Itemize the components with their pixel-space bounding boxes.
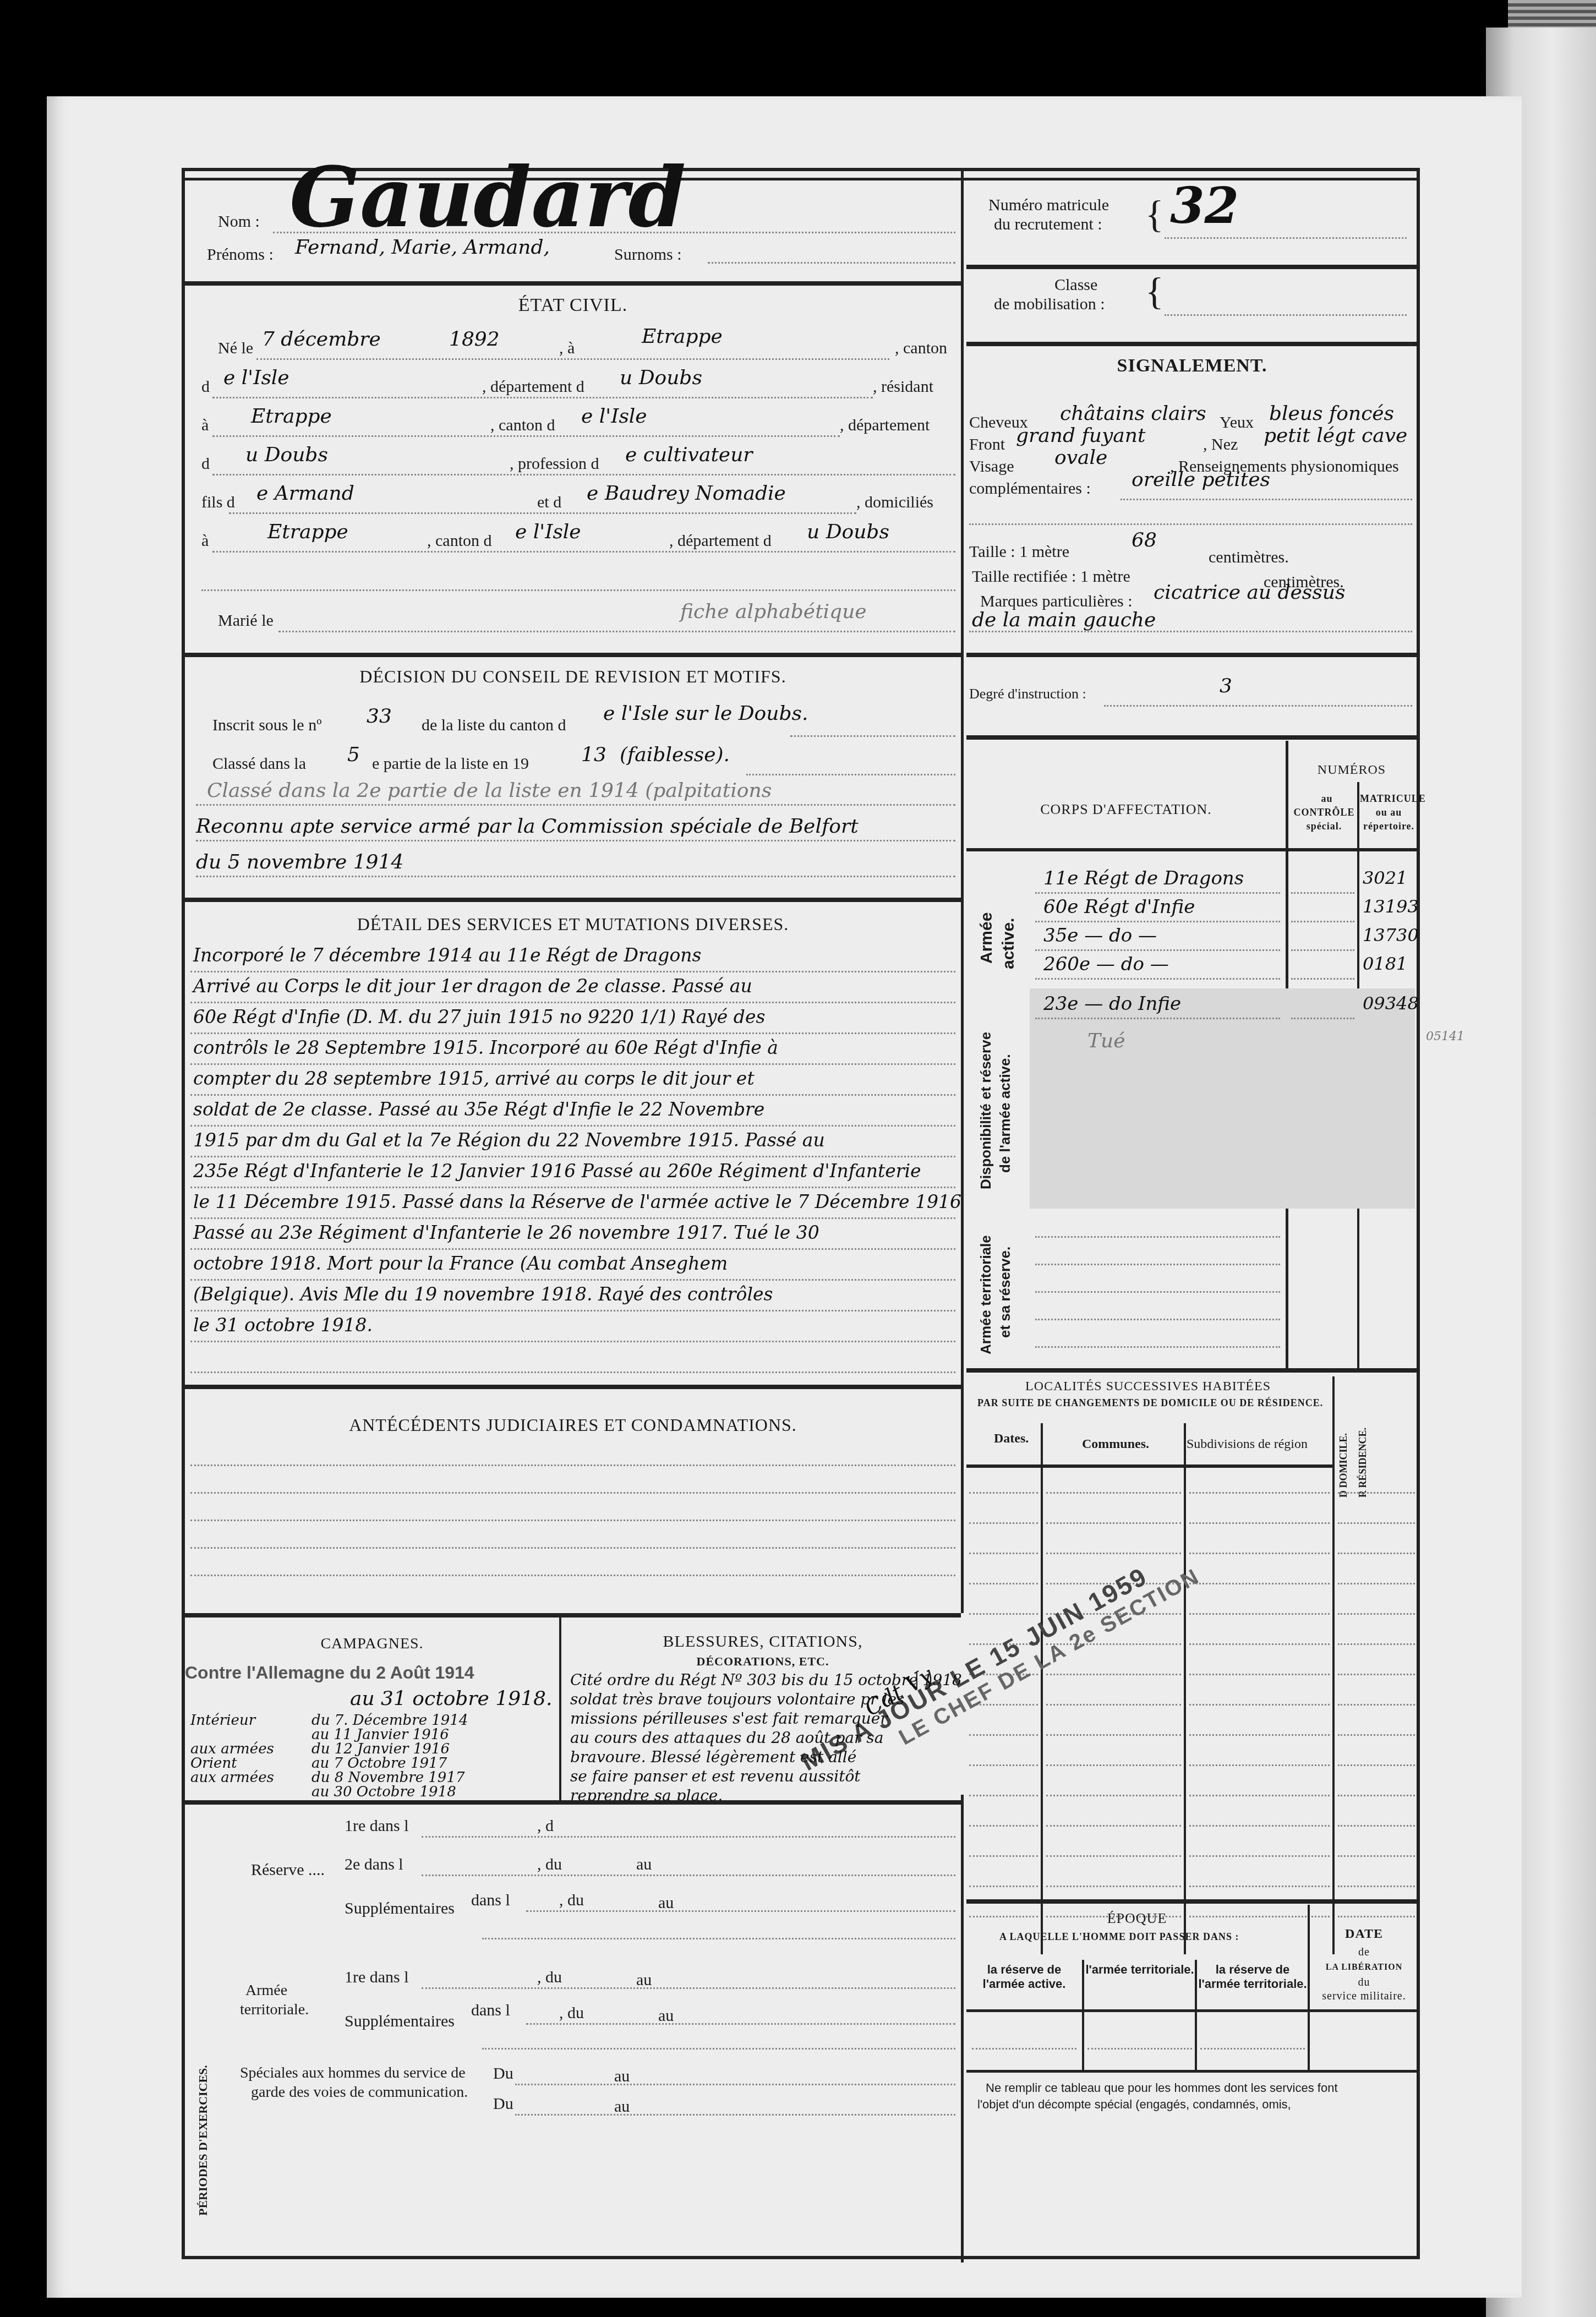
conseil-title: DÉCISION DU CONSEIL DE REVISION ET MOTIF… <box>185 666 961 687</box>
localite-row <box>969 1855 1038 1857</box>
territoriale-premiere: 1re dans l <box>345 1968 409 1987</box>
service-dots <box>190 1094 955 1096</box>
territoriale-premiere-du: , du <box>537 1968 562 1987</box>
residence-a: Etrappe <box>251 405 332 428</box>
localite-row <box>1046 1674 1181 1675</box>
residence-canton: e l'Isle <box>581 405 647 428</box>
localite-row <box>1189 1522 1330 1524</box>
corps-row-name: 35e — do — <box>1043 925 1157 947</box>
centimetres-label: centimètres. <box>1209 548 1289 567</box>
localite-row <box>1189 1553 1330 1554</box>
marie-label: Marié le <box>218 611 274 630</box>
inscrit-value: 33 <box>367 705 392 728</box>
nom-label: Nom : <box>218 212 260 231</box>
conseil-line-1: Classé dans la 2e partie de la liste en … <box>207 779 772 802</box>
localite-row <box>1046 1734 1181 1736</box>
row-dots <box>1291 892 1354 894</box>
localite-row <box>1189 1583 1330 1584</box>
corps-row-matricule: 09348 <box>1363 993 1419 1014</box>
classe-partie: 5 <box>347 744 360 766</box>
classe-label-1: Classe <box>1054 276 1097 294</box>
service-line: 60e Régt d'Infie (D. M. du 27 juin 1915 … <box>193 1006 765 1028</box>
lieu-naissance: Etrappe <box>642 325 723 348</box>
yeux-label: Yeux <box>1220 413 1254 432</box>
conseil-canton-value: e l'Isle sur le Doubs. <box>603 702 808 725</box>
localite-row <box>969 1886 1038 1887</box>
localite-row <box>1338 1613 1415 1615</box>
reserve-deuxieme: 2e dans l <box>345 1855 403 1874</box>
localite-row <box>1046 1704 1181 1706</box>
localite-row <box>1189 1795 1330 1796</box>
service-line: Passé au 23e Régiment d'Infanterie le 26… <box>193 1222 819 1243</box>
reserve-label: Réserve .... <box>251 1861 325 1879</box>
service-dots <box>190 1371 955 1373</box>
speciales-label-1: Spéciales aux hommes du service de <box>240 2064 466 2082</box>
localite-row <box>969 1795 1038 1796</box>
localite-row <box>1338 1886 1415 1887</box>
military-record-form: Gaudard Nom : Prénoms : Fernand, Marie, … <box>182 168 1420 2259</box>
matricule-h1: MATRICULE <box>1360 793 1418 805</box>
col-communes: Communes. <box>1082 1437 1149 1452</box>
service-line: compter du 28 septembre 1915, arrivé au … <box>193 1068 755 1089</box>
prenoms-label: Prénoms : <box>207 245 274 264</box>
front-value: grand fuyant <box>1016 424 1145 447</box>
d-label: d <box>201 378 210 396</box>
col-residence: R RÉSIDENCE. <box>1357 1428 1369 1498</box>
corps-row-name: 60e Régt d'Infie <box>1043 896 1195 918</box>
departement-value: u Doubs <box>620 367 702 389</box>
reserve-premiere: 1re dans l <box>345 1817 409 1835</box>
territoriale-label-1: Armée territoriale <box>977 1235 994 1354</box>
canton-value: e l'Isle <box>223 367 289 389</box>
visage-label: Visage <box>969 457 1014 476</box>
localite-row <box>1046 1522 1181 1524</box>
localite-row <box>1338 1916 1415 1917</box>
complementaires-label: complémentaires : <box>969 479 1091 498</box>
corps-row-matricule: 13193 <box>1363 896 1419 917</box>
disponibilite-label-1: Disponibilité et réserve <box>977 1032 994 1189</box>
services-title: DÉTAIL DES SERVICES ET MUTATIONS DIVERSE… <box>185 914 961 935</box>
fils-label: fils d <box>201 493 235 512</box>
service-dots <box>190 1310 955 1311</box>
localite-row <box>969 1492 1038 1494</box>
epoque-subtitle: A LAQUELLE L'HOMME DOIT PASSER DANS : <box>999 1931 1239 1943</box>
corps-row-matricule: 0181 <box>1363 953 1407 974</box>
reserve-deuxieme-au: au <box>636 1855 652 1874</box>
date-sub-2: LA LIBÉRATION <box>1310 1963 1418 1972</box>
localite-row <box>1046 1855 1181 1857</box>
matricule-h2: ou au <box>1360 807 1418 818</box>
localite-row <box>1046 1795 1181 1796</box>
blessure-line: missions périlleuses s'est fait remarque… <box>570 1709 888 1728</box>
taille-value: 68 <box>1132 529 1157 551</box>
annee-naissance: 1892 <box>449 328 500 351</box>
localites-subtitle: PAR SUITE DE CHANGEMENTS DE DOMICILE OU … <box>977 1397 1323 1409</box>
service-line: le 31 octobre 1918. <box>193 1314 373 1336</box>
departement-suffix: , département <box>840 416 930 435</box>
controle-h2: CONTRÔLE <box>1291 807 1357 818</box>
canton-d-label-2: , canton d <box>427 532 491 550</box>
campagnes-line-1: Contre l'Allemagne du 2 Août 1914 <box>185 1663 474 1683</box>
service-line: (Belgique). Avis Mle du 19 novembre 1918… <box>193 1283 773 1305</box>
col-subdivisions: Subdivisions de région <box>1187 1437 1308 1452</box>
conseil-line-3: du 5 novembre 1914 <box>196 851 403 873</box>
localite-row <box>1189 1886 1330 1887</box>
epoque-title: ÉPOQUE <box>966 1910 1308 1927</box>
localite-row <box>1338 1492 1415 1494</box>
localite-row <box>1338 1825 1415 1827</box>
pere-value: e Armand <box>256 482 354 505</box>
localite-row <box>969 1553 1038 1554</box>
etat-civil-title: ÉTAT CIVIL. <box>185 295 961 316</box>
degre-value: 3 <box>1220 675 1232 697</box>
speciales-du-2: Du <box>493 2095 513 2113</box>
localite-row <box>1338 1522 1415 1524</box>
service-dots <box>190 1002 955 1003</box>
epoque-col-header: la réserve de l'armée active. <box>969 1963 1079 1991</box>
localite-row <box>1338 1553 1415 1554</box>
localites-title: LOCALITÉS SUCCESSIVES HABITÉES <box>966 1379 1330 1394</box>
blessure-line: soldat très brave toujours volontaire pr… <box>570 1690 904 1708</box>
row-dots <box>1035 978 1280 980</box>
column-divider-bottom <box>961 1795 964 2263</box>
blessure-line: au cours des attaques du 28 août par sa <box>570 1729 883 1747</box>
service-dots <box>190 1156 955 1157</box>
epoque-note-2: l'objet d'un décompte spécial (engagés, … <box>977 2097 1291 2112</box>
service-dots <box>190 1032 955 1034</box>
ne-le-label: Né le <box>218 339 253 358</box>
parents-canton: e l'Isle <box>515 521 581 543</box>
territoriale-supp-au: au <box>658 2007 674 2025</box>
territoriale-supplementaires: Supplémentaires <box>345 2012 455 2031</box>
epoque-note-1: Ne remplir ce tableau que pour les homme… <box>986 2081 1338 2095</box>
matricule-h3: répertoire. <box>1360 821 1418 832</box>
row-dots <box>1035 1018 1280 1019</box>
inscrit-label: Inscrit sous le nº <box>212 716 321 735</box>
localite-row <box>969 1583 1038 1584</box>
campagne-period: au 30 Octobre 1918 <box>311 1784 456 1800</box>
row-dots <box>1291 921 1354 922</box>
matricule-label-2: du recrutement : <box>994 215 1102 234</box>
ne-le-value: 7 décembre <box>262 328 381 351</box>
territoriale-premiere-au: au <box>636 1971 652 1990</box>
blessure-line: Cité ordre du Régt Nº 303 bis du 15 octo… <box>570 1671 962 1689</box>
marie-value: fiche alphabétique <box>680 600 867 623</box>
col-domicile: D DOMICILE. <box>1338 1433 1349 1498</box>
departement-label-2: , département d <box>669 532 772 550</box>
complementaires-value: oreille petites <box>1132 468 1270 491</box>
cheveux-value: châtains clairs <box>1060 402 1206 425</box>
localite-row <box>1189 1734 1330 1736</box>
reserve-supp-dans: dans l <box>471 1891 510 1910</box>
parents-a: Etrappe <box>267 521 348 543</box>
localite-row <box>1189 1643 1330 1645</box>
service-line: le 11 Décembre 1915. Passé dans la Réser… <box>193 1191 961 1212</box>
domicilies-label: , domiciliés <box>856 493 933 512</box>
localite-row <box>969 1522 1038 1524</box>
degre-label: Degré d'instruction : <box>969 686 1086 702</box>
numeros-title: NUMÉROS <box>1288 763 1415 778</box>
epoque-col-dots <box>972 2048 1076 2050</box>
partie-label: e partie de la liste en 19 <box>372 755 529 773</box>
periodes-label: PÉRIODES D'EXERCICES. <box>196 2065 210 2216</box>
mere-value: e Baudrey Nomadie <box>587 482 786 505</box>
residant-label: , résidant <box>873 378 933 396</box>
corps-title: CORPS D'AFFECTATION. <box>966 801 1286 818</box>
parents-departement: u Doubs <box>807 521 889 543</box>
tue-annotation: Tué <box>1087 1030 1125 1052</box>
annee-suffix: 13 <box>581 744 606 766</box>
localite-row <box>1338 1674 1415 1675</box>
antecedents-title: ANTÉCÉDENTS JUDICIAIRES ET CONDAMNATIONS… <box>185 1415 961 1435</box>
row-dots <box>1035 921 1280 922</box>
speciales-label-2: garde des voies de communication. <box>251 2084 468 2101</box>
surnoms-label: Surnoms : <box>614 245 682 264</box>
reserve-supp-du: , du <box>559 1891 584 1910</box>
localite-row <box>1338 1855 1415 1857</box>
corps-row-name: 23e — do Infie <box>1043 993 1181 1015</box>
nez-value: petit légt cave <box>1264 424 1407 447</box>
localite-row <box>1046 1764 1181 1766</box>
liste-label: de la liste du canton d <box>422 716 566 735</box>
service-line: contrôls le 28 Septembre 1915. Incorporé… <box>193 1037 778 1058</box>
matricule-value: 32 <box>1170 177 1239 235</box>
speciales-au-2: au <box>614 2097 630 2116</box>
row-dots <box>1035 892 1280 894</box>
taille-label: Taille : 1 mètre <box>969 543 1069 561</box>
date-title: DATE <box>1310 1927 1418 1942</box>
prenoms-value: Fernand, Marie, Armand, <box>295 236 550 259</box>
corps-row-matricule: 13730 <box>1363 925 1419 946</box>
service-line: octobre 1918. Mort pour la France (Au co… <box>193 1253 728 1274</box>
controle-h3: spécial. <box>1291 821 1357 832</box>
campagnes-title: CAMPAGNES. <box>185 1635 559 1653</box>
service-dots <box>190 1341 955 1342</box>
canton-label: , canton <box>895 339 947 358</box>
localite-row <box>1046 1886 1181 1887</box>
blessure-line: se faire panser et est revenu aussitôt <box>570 1767 861 1785</box>
territoriale-label-2: et sa réserve. <box>997 1247 1014 1338</box>
marques-value-1: cicatrice au dessus <box>1154 581 1345 604</box>
reserve-deuxieme-du: , du <box>537 1855 562 1874</box>
localite-row <box>1189 1855 1330 1857</box>
departement-label: , département d <box>482 378 584 396</box>
margin-note: 05141 <box>1426 1030 1464 1043</box>
disponibilite-label-2: de l'armée active. <box>997 1054 1014 1173</box>
territoriale-supp-dans: dans l <box>471 2001 510 2020</box>
localite-row <box>969 1825 1038 1827</box>
service-line: 1915 par dm du Gal et la 7e Région du 22… <box>193 1129 825 1151</box>
column-divider <box>961 171 964 1613</box>
service-line: Incorporé le 7 décembre 1914 au 11e Régt… <box>193 944 702 966</box>
blessure-line: bravoure. Blessé légèrement est allé <box>570 1748 856 1766</box>
localite-row <box>1338 1795 1415 1796</box>
localite-row <box>1046 1553 1181 1554</box>
localite-row <box>969 1764 1038 1766</box>
localite-row <box>1338 1643 1415 1645</box>
signalement-title: SIGNALEMENT. <box>966 356 1418 376</box>
row-dots <box>1291 978 1354 980</box>
epoque-col-header: la réserve de l'armée territoriale. <box>1198 1963 1308 1991</box>
campagne-label: Intérieur <box>190 1712 255 1729</box>
profession-label: , profession d <box>510 455 599 473</box>
service-dots <box>190 1217 955 1219</box>
col-dates: Dates. <box>994 1431 1029 1446</box>
campagne-label: aux armées <box>190 1769 274 1786</box>
a-label: , à <box>559 339 575 358</box>
date-sub-1: de <box>1310 1946 1418 1959</box>
corps-row-matricule: 3021 <box>1363 867 1407 888</box>
corps-row-name: 11e Régt de Dragons <box>1043 867 1244 889</box>
row-dots <box>1291 1018 1354 1019</box>
yeux-value: bleus foncés <box>1269 402 1394 425</box>
localite-row <box>969 1734 1038 1736</box>
localite-row <box>1046 1492 1181 1494</box>
blessures-title: BLESSURES, CITATIONS, <box>570 1632 955 1651</box>
campagnes-line-2: au 31 octobre 1918. <box>350 1687 552 1710</box>
localite-row <box>1189 1704 1330 1706</box>
localite-row <box>1046 1825 1181 1827</box>
localite-row <box>1189 1492 1330 1494</box>
taille-rectifiee-label: Taille rectifiée : 1 mètre <box>972 567 1130 586</box>
date-sub-3: du <box>1310 1976 1418 1989</box>
front-label: Front <box>969 435 1005 454</box>
localite-row <box>1189 1825 1330 1827</box>
et-d-label: et d <box>537 493 561 512</box>
reserve-supp-au: au <box>658 1894 674 1912</box>
localite-row <box>1338 1583 1415 1584</box>
epoque-col-header: l'armée territoriale. <box>1085 1963 1195 1977</box>
service-dots <box>190 1125 955 1127</box>
epoque-col-dots <box>1087 2048 1192 2050</box>
service-dots <box>190 1279 955 1281</box>
nez-label: , Nez <box>1203 435 1238 454</box>
localite-row <box>1338 1704 1415 1706</box>
marques-value-2: de la main gauche <box>972 609 1156 631</box>
territoriale-supp-du: , du <box>559 2004 584 2023</box>
service-dots <box>190 971 955 972</box>
localite-row <box>1189 1764 1330 1766</box>
speciales-au-1: au <box>614 2067 630 2086</box>
localite-row <box>1338 1734 1415 1736</box>
epoque-col-dots <box>1200 2048 1305 2050</box>
matricule-label-1: Numéro matricule <box>988 196 1109 215</box>
reserve-supplementaires: Supplémentaires <box>345 1899 455 1918</box>
classe-label-2: de mobilisation : <box>994 295 1105 314</box>
armee-active-label-2: active. <box>999 918 1018 969</box>
localite-row <box>969 1613 1038 1615</box>
reserve-premiere-du: , d <box>537 1817 554 1835</box>
row-dots <box>1035 949 1280 951</box>
visage-value: ovale <box>1054 446 1107 469</box>
service-line: soldat de 2e classe. Passé au 35e Régt d… <box>193 1099 764 1120</box>
service-dots <box>190 1063 955 1065</box>
canton-d-label: , canton d <box>490 416 555 435</box>
motif: (faiblesse). <box>620 744 730 766</box>
residence-departement: u Doubs <box>245 444 328 466</box>
conseil-line-2: Reconnu apte service armé par la Commiss… <box>196 815 859 838</box>
service-dots <box>190 1248 955 1250</box>
row-dots <box>1291 949 1354 951</box>
corps-row-name: 260e — do — <box>1043 953 1169 975</box>
service-line: Arrivé au Corps le dit jour 1er dragon d… <box>193 975 752 997</box>
profession-value: e cultivateur <box>625 444 753 466</box>
d-label-2: d <box>201 455 210 473</box>
service-dots <box>190 1187 955 1188</box>
service-line: 235e Régt d'Infanterie le 12 Janvier 191… <box>193 1160 921 1182</box>
marques-label: Marques particulières : <box>980 592 1133 611</box>
localite-row <box>1189 1674 1330 1675</box>
classe-dans-label: Classé dans la <box>212 755 306 773</box>
localite-row <box>1338 1764 1415 1766</box>
speciales-du-1: Du <box>493 2064 513 2083</box>
armee-active-label-1: Armée <box>977 912 996 964</box>
localite-row <box>1189 1613 1330 1615</box>
controle-h1: au <box>1302 793 1352 805</box>
blessures-subtitle: DÉCORATIONS, ETC. <box>570 1654 955 1669</box>
date-sub-4: service militaire. <box>1310 1990 1418 2003</box>
